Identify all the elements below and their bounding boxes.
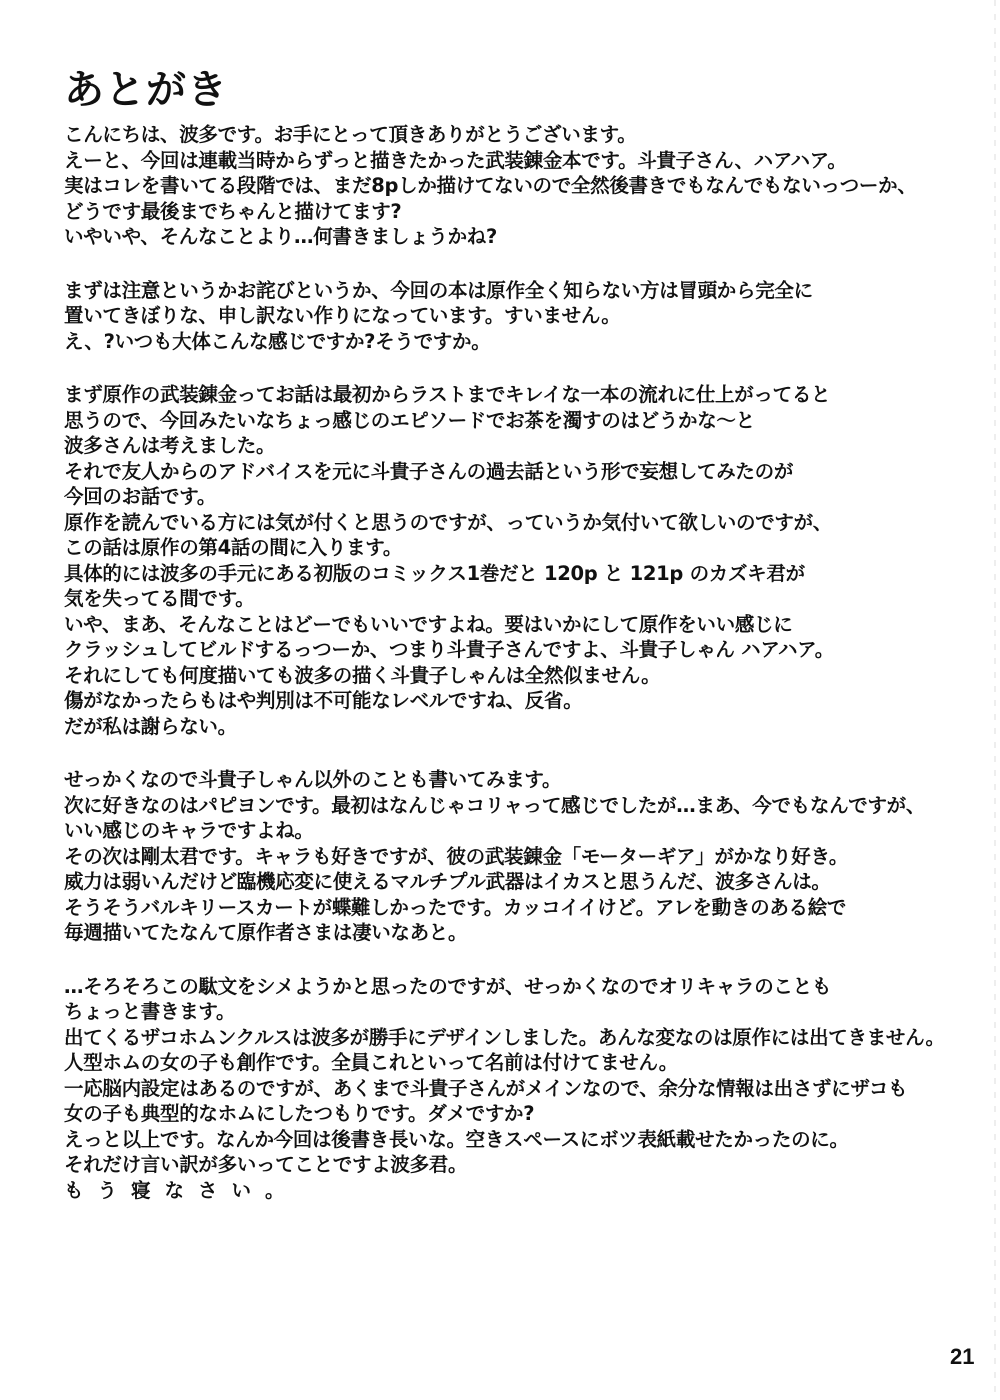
page-title: あとがき (64, 66, 228, 114)
text-line: まず原作の武装錬金ってお話は最初からラストまでキレイな一本の流れに仕上がってると (64, 382, 964, 408)
text-line: だが私は謝らない。 (64, 714, 964, 740)
text-line: 女の子も典型的なホムにしたつもりです。ダメですか? (64, 1101, 964, 1127)
text-line: それにしても何度描いても波多の描く斗貴子しゃんは全然似ません。 (64, 663, 964, 689)
paragraph-characters: せっかくなので斗貴子しゃん以外のことも書いてみます。 次に好きなのはパピヨンです… (64, 767, 964, 946)
text-line: まずは注意というかお詫びというか、今回の本は原作全く知らない方は冒頭から完全に (64, 278, 964, 304)
text-line: えーと、今回は連載当時からずっと描きたかった武装錬金本です。斗貴子さん、ハアハア… (64, 148, 964, 174)
text-line: 今回のお話です。 (64, 484, 964, 510)
page-number: 21 (950, 1344, 974, 1370)
text-line: 思うので、今回みたいなちょっ感じのエピソードでお茶を濁すのはどうかな〜と (64, 408, 964, 434)
text-line: 次に好きなのはパピヨンです。最初はなんじゃコリャって感じでしたが…まあ、今でもな… (64, 793, 964, 819)
text-line: えっと以上です。なんか今回は後書き長いな。空きスペースにボツ表紙載せたかったのに… (64, 1127, 964, 1153)
afterword-page: あとがき こんにちは、波多です。お手にとって頂きありがとうございます。 えーと、… (0, 0, 1000, 1400)
text-line: 気を失ってる間です。 (64, 586, 964, 612)
text-line: ちょっと書きます。 (64, 999, 964, 1025)
paragraph-apology: まずは注意というかお詫びというか、今回の本は原作全く知らない方は冒頭から完全に … (64, 278, 964, 355)
text-line: え、?いつも大体こんな感じですか?そうですか。 (64, 329, 964, 355)
text-line: 原作を読んでいる方には気が付くと思うのですが、っていうか気付いて欲しいのですが、 (64, 510, 964, 536)
text-line: 一応脳内設定はあるのですが、あくまで斗貴子さんがメインなので、余分な情報は出さず… (64, 1076, 964, 1102)
paragraph-original-characters: …そろそろこの駄文をシメようかと思ったのですが、せっかくなのでオリキャラのことも… (64, 974, 964, 1204)
text-line: せっかくなので斗貴子しゃん以外のことも書いてみます。 (64, 767, 964, 793)
text-line: いやいや、そんなことより…何書きましょうかね? (64, 224, 964, 250)
afterword-body: こんにちは、波多です。お手にとって頂きありがとうございます。 えーと、今回は連載… (64, 122, 964, 1231)
text-line: 人型ホムの女の子も創作です。全員これといって名前は付けてません。 (64, 1050, 964, 1076)
text-line: 威力は弱いんだけど臨機応変に使えるマルチプル武器はイカスと思うんだ、波多さんは。 (64, 869, 964, 895)
text-line: いい感じのキャラですよね。 (64, 818, 964, 844)
text-line: クラッシュしてビルドするっつーか、つまり斗貴子さんですよ、斗貴子しゃん ハアハア… (64, 637, 964, 663)
text-line: …そろそろこの駄文をシメようかと思ったのですが、せっかくなのでオリキャラのことも (64, 974, 964, 1000)
text-line: それだけ言い訳が多いってことですよ波多君。 (64, 1152, 964, 1178)
text-line: いや、まあ、そんなことはどーでもいいですよね。要はいかにして原作をいい感じに (64, 612, 964, 638)
text-line: 出てくるザコホムンクルスは波多が勝手にデザインしました。あんな変なのは原作には出… (64, 1025, 964, 1051)
paragraph-greeting: こんにちは、波多です。お手にとって頂きありがとうございます。 えーと、今回は連載… (64, 122, 964, 250)
paragraph-story: まず原作の武装錬金ってお話は最初からラストまでキレイな一本の流れに仕上がってると… (64, 382, 964, 739)
text-line: 毎週描いてたなんて原作者さまは凄いなあと。 (64, 920, 964, 946)
text-line: こんにちは、波多です。お手にとって頂きありがとうございます。 (64, 122, 964, 148)
text-line: 置いてきぼりな、申し訳ない作りになっています。すいません。 (64, 303, 964, 329)
closing-line: もう寝なさい。 (64, 1178, 964, 1204)
text-line: その次は剛太君です。キャラも好きですが、彼の武装錬金「モーターギア」がかなり好き… (64, 844, 964, 870)
scan-edge-artifact (994, 0, 996, 1400)
text-line: 波多さんは考えました。 (64, 433, 964, 459)
text-line: それで友人からのアドバイスを元に斗貴子さんの過去話という形で妄想してみたのが (64, 459, 964, 485)
text-line: どうです最後までちゃんと描けてます? (64, 199, 964, 225)
text-line: 具体的には波多の手元にある初版のコミックス1巻だと 120p と 121p のカ… (64, 561, 964, 587)
text-line: この話は原作の第4話の間に入ります。 (64, 535, 964, 561)
text-line: 実はコレを書いてる段階では、まだ8pしか描けてないので全然後書きでもなんでもない… (64, 173, 964, 199)
text-line: そうそうバルキリースカートが蝶難しかったです。カッコイイけど。アレを動きのある絵… (64, 895, 964, 921)
text-line: 傷がなかったらもはや判別は不可能なレベルですね、反省。 (64, 688, 964, 714)
